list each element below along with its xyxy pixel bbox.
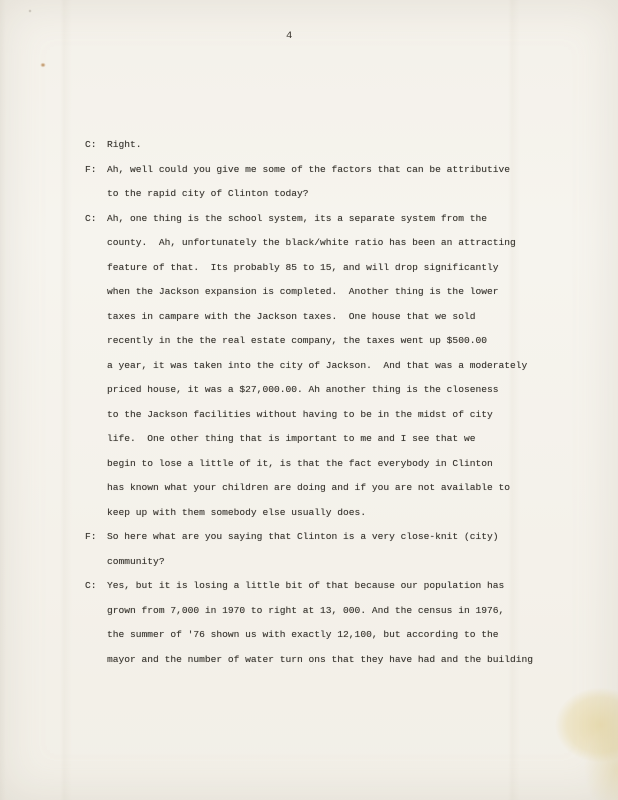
- page-number: 4: [286, 30, 292, 42]
- speaker-label: C:: [85, 207, 107, 232]
- transcript-line: county. Ah, unfortunately the black/whit…: [107, 231, 608, 256]
- dialogue-turn: C: Yes, but it is losing a little bit of…: [85, 574, 608, 672]
- transcript-line: taxes in campare with the Jackson taxes.…: [107, 305, 608, 330]
- turn-lines: Yes, but it is losing a little bit of th…: [107, 574, 608, 672]
- transcript-line: has known what your children are doing a…: [107, 476, 608, 501]
- turn-lines: Ah, well could you give me some of the f…: [107, 158, 608, 207]
- dialogue-turn: F: So here what are you saying that Clin…: [85, 525, 608, 574]
- dialogue-turn: C: Right.: [85, 133, 608, 158]
- transcript-line: to the rapid city of Clinton today?: [107, 182, 608, 207]
- transcript-line: feature of that. Its probably 85 to 15, …: [107, 256, 608, 281]
- transcript-line: a year, it was taken into the city of Ja…: [107, 354, 608, 379]
- transcript-line: keep up with them somebody else usually …: [107, 501, 608, 526]
- transcript-line: the summer of '76 shown us with exactly …: [107, 623, 608, 648]
- speaker-label: C:: [85, 574, 107, 599]
- turn-lines: So here what are you saying that Clinton…: [107, 525, 608, 574]
- transcript-line: life. One other thing that is important …: [107, 427, 608, 452]
- speaker-label: F:: [85, 525, 107, 550]
- document-page: 4 C: Right. F: Ah, well could you give m…: [0, 0, 618, 800]
- transcript-line: recently in the the real estate company,…: [107, 329, 608, 354]
- speaker-label: F:: [85, 158, 107, 183]
- transcript-line: So here what are you saying that Clinton…: [107, 525, 608, 550]
- speaker-label: C:: [85, 133, 107, 158]
- dialogue-turn: C: Ah, one thing is the school system, i…: [85, 207, 608, 526]
- transcript-line: to the Jackson facilities without having…: [107, 403, 608, 428]
- dialogue-turn: F: Ah, well could you give me some of th…: [85, 158, 608, 207]
- transcript-line: community?: [107, 550, 608, 575]
- transcript-line: when the Jackson expansion is completed.…: [107, 280, 608, 305]
- transcript-line: mayor and the number of water turn ons t…: [107, 648, 608, 673]
- transcript-line: grown from 7,000 in 1970 to right at 13,…: [107, 599, 608, 624]
- transcript-line: Ah, well could you give me some of the f…: [107, 158, 608, 183]
- transcript-line: Right.: [107, 133, 608, 158]
- turn-lines: Ah, one thing is the school system, its …: [107, 207, 608, 526]
- transcript: C: Right. F: Ah, well could you give me …: [85, 133, 608, 672]
- transcript-line: priced house, it was a $27,000.00. Ah an…: [107, 378, 608, 403]
- turn-lines: Right.: [107, 133, 608, 158]
- transcript-line: begin to lose a little of it, is that th…: [107, 452, 608, 477]
- transcript-line: Ah, one thing is the school system, its …: [107, 207, 608, 232]
- transcript-line: Yes, but it is losing a little bit of th…: [107, 574, 608, 599]
